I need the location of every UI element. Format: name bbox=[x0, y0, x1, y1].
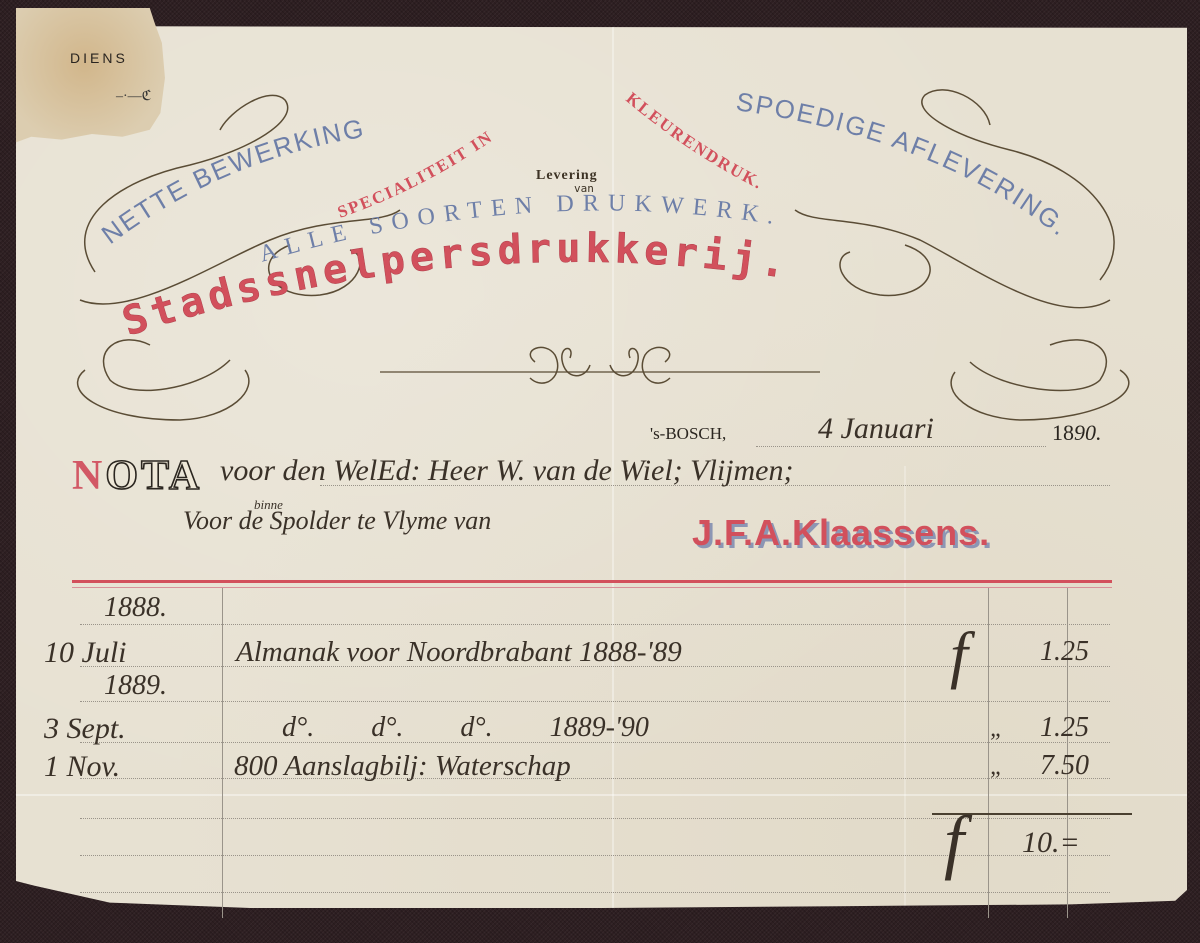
total-currency: f bbox=[944, 800, 964, 883]
line-item-amount: 1.25 bbox=[1040, 636, 1089, 668]
paper-fold-horizontal bbox=[16, 794, 1187, 796]
torn-tab-label: DIENS bbox=[70, 50, 128, 66]
line-item-currency: „ bbox=[990, 754, 1003, 781]
place-label: 's-BOSCH, bbox=[650, 424, 726, 444]
vendor-name: J.F.A.Klaassens. bbox=[692, 512, 990, 554]
torn-corner-tab bbox=[16, 8, 168, 148]
line-item-currency: f bbox=[950, 618, 968, 692]
ledger-header-rule bbox=[72, 580, 1112, 583]
date-handwritten: 4 Januari bbox=[818, 412, 934, 446]
line-item-description: Almanak voor Noordbrabant 1888-'89 bbox=[236, 636, 682, 669]
date-dotted-line bbox=[756, 446, 1046, 447]
line-item-year: 1889. bbox=[104, 670, 167, 702]
ledger-column-divider-currency bbox=[988, 588, 989, 918]
line-item-description: d°. d°. d°. 1889-'90 bbox=[282, 712, 649, 744]
ledger-column-divider-date bbox=[222, 588, 223, 918]
ledger-line bbox=[80, 892, 1110, 893]
line-item-date: 3 Sept. bbox=[44, 712, 126, 746]
nota-title: NOTA bbox=[72, 452, 202, 500]
date-year: 1890. bbox=[1052, 420, 1102, 446]
ledger-header-rule-thin bbox=[72, 587, 1112, 588]
total-amount: 10.= bbox=[1022, 826, 1080, 860]
year-handwritten: 90. bbox=[1074, 420, 1102, 445]
subject-handwritten: Voor de Spolder te Vlyme van bbox=[183, 506, 491, 536]
line-item-currency: „ bbox=[990, 716, 1003, 743]
line-item-amount: 7.50 bbox=[1040, 750, 1089, 782]
line-item-description: 800 Aanslagbilj: Waterschap bbox=[234, 750, 571, 783]
ledger-line bbox=[80, 701, 1110, 702]
van-label: van bbox=[574, 182, 594, 195]
addressee-handwritten: voor den WelEd: Heer W. van de Wiel; Vli… bbox=[220, 454, 793, 488]
line-item-year: 1888. bbox=[104, 592, 167, 624]
line-item-amount: 1.25 bbox=[1040, 712, 1089, 744]
torn-tab-mark: –·—ℭ bbox=[116, 88, 152, 105]
line-item-date: 1 Nov. bbox=[44, 750, 120, 784]
line-item-date: 10 Juli bbox=[44, 636, 127, 670]
